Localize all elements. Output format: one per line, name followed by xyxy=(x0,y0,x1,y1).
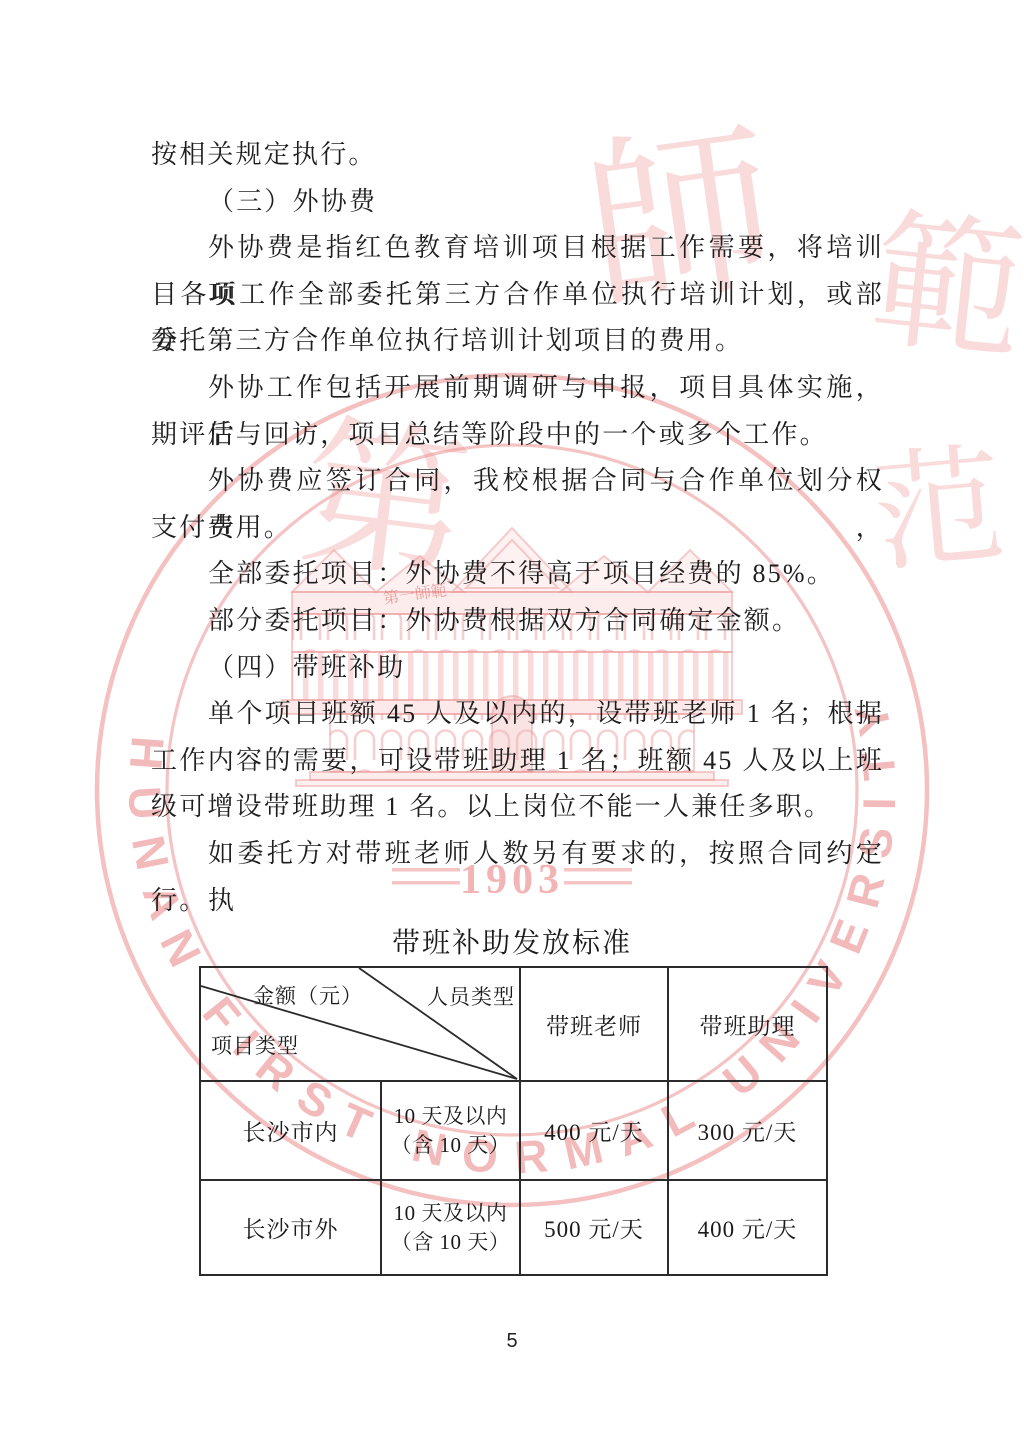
body-line-heading: （四）带班补助 xyxy=(151,645,884,692)
body-line: 按相关规定执行。 xyxy=(151,132,884,179)
body-line: 行。 xyxy=(151,878,884,925)
body-line: 目各项工作全部委托第三方合作单位执行培训计划，或部分 xyxy=(151,272,884,319)
table-corner-cell: 金额（元） 人员类型 项目类型 xyxy=(200,967,520,1081)
duration-line: （含 10 天） xyxy=(382,1131,519,1160)
body-line: 单个项目班额 45 人及以内的，设带班老师 1 名；根据 xyxy=(151,691,884,738)
page-number: 5 xyxy=(0,1330,1024,1353)
body-line: 全部委托项目：外协费不得高于项目经费的 85%。 xyxy=(151,551,884,598)
cell-teacher-rate: 500 元/天 xyxy=(520,1180,668,1275)
cell-duration: 10 天及以内 （含 10 天） xyxy=(381,1180,520,1275)
cell-assistant-rate: 300 元/天 xyxy=(668,1081,827,1180)
svg-text:範: 範 xyxy=(865,198,1024,379)
body-line: 部分委托项目：外协费根据双方合同确定金额。 xyxy=(151,598,884,645)
cell-duration: 10 天及以内 （含 10 天） xyxy=(381,1081,520,1180)
cell-teacher-rate: 400 元/天 xyxy=(520,1081,668,1180)
body-line-heading: （三）外协费 xyxy=(151,179,884,226)
cell-assistant-rate: 400 元/天 xyxy=(668,1180,827,1275)
duration-line: 10 天及以内 xyxy=(382,1199,519,1228)
duration-line: 10 天及以内 xyxy=(382,1102,519,1131)
column-header-teacher: 带班老师 xyxy=(520,967,668,1081)
body-line: 外协费是指红色教育培训项目根据工作需要，将培训项 xyxy=(151,225,884,272)
column-header-assistant: 带班助理 xyxy=(668,967,827,1081)
table-title: 带班补助发放标准 xyxy=(0,921,1024,961)
body-line: 工作内容的需要，可设带班助理 1 名；班额 45 人及以上班 xyxy=(151,738,884,785)
corner-person-label: 人员类型 xyxy=(427,981,515,1011)
body-line: 期评估与回访，项目总结等阶段中的一个或多个工作。 xyxy=(151,412,884,459)
body-line: 委托第三方合作单位执行培训计划项目的费用。 xyxy=(151,318,884,365)
table-row: 长沙市外 10 天及以内 （含 10 天） 500 元/天 400 元/天 xyxy=(200,1180,827,1275)
subsidy-table: 金额（元） 人员类型 项目类型 带班老师 带班助理 长沙市内 10 天及以内 （… xyxy=(199,966,828,1276)
svg-text:范: 范 xyxy=(868,434,1010,589)
cell-project-type: 长沙市内 xyxy=(200,1081,381,1180)
body-line: 级可增设带班助理 1 名。以上岗位不能一人兼任多职。 xyxy=(151,784,884,831)
document-body: 按相关规定执行。 （三）外协费 外协费是指红色教育培训项目根据工作需要，将培训项… xyxy=(151,132,884,924)
body-line: 如委托方对带班老师人数另有要求的，按照合同约定执 xyxy=(151,831,884,878)
cell-project-type: 长沙市外 xyxy=(200,1180,381,1275)
table-row: 长沙市内 10 天及以内 （含 10 天） 400 元/天 300 元/天 xyxy=(200,1081,827,1180)
duration-line: （含 10 天） xyxy=(382,1228,519,1257)
corner-project-label: 项目类型 xyxy=(211,1030,299,1060)
body-line: 外协工作包括开展前期调研与申报，项目具体实施，后 xyxy=(151,365,884,412)
document-page: HUNAN FIRST NORMAL UNIVERSITY xyxy=(0,0,1024,1447)
body-line: 外协费应签订合同，我校根据合同与合作单位划分权责， xyxy=(151,458,884,505)
corner-amount-label: 金额（元） xyxy=(253,980,363,1010)
